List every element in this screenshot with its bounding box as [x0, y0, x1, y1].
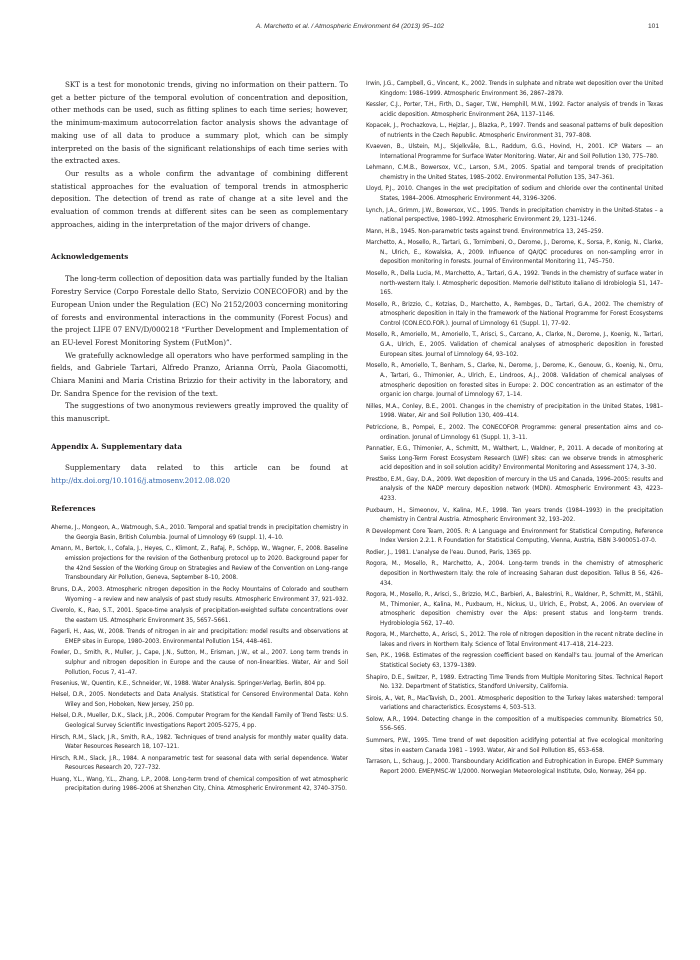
acknowledgements-paragraph: The suggestions of two anonymous reviewe… — [51, 400, 348, 425]
reference-item: Mosello, R., Amoriello, M., Amoriello, T… — [366, 331, 663, 360]
reference-item: Bruns, D.A., 2003. Atmospheric nitrogen … — [51, 586, 348, 605]
reference-item: Rogora, M., Marchetto, A., Arisci, S., 2… — [366, 631, 663, 650]
reference-item: Sirois, A., Vet, R., MacTavish, D., 2001… — [366, 695, 663, 714]
supplementary-data-link[interactable]: http://dx.doi.org/10.1016/j.atmosenv.201… — [51, 476, 230, 485]
reference-item: Mann, H.B., 1945. Non-parametric tests a… — [366, 228, 663, 238]
reference-item: Hirsch, R.M., Slack, J.R., Smith, R.A., … — [51, 734, 348, 753]
reference-item: Mosello, R., Brizzio, C., Kotzias, D., M… — [366, 301, 663, 330]
reference-item: Aherne, J., Mongeon, A., Watmough, S.A.,… — [51, 524, 348, 543]
body-paragraph: SKT is a test for monotonic trends, givi… — [51, 79, 348, 168]
appendix-text: Supplementary data related to this artic… — [65, 463, 348, 472]
reference-item: Rogora, M., Mosello, R., Marchetto, A., … — [366, 560, 663, 589]
reference-item: Lloyd, P.J., 2010. Changes in the wet pr… — [366, 185, 663, 204]
reference-item: Shapiro, D.E., Switzer, P., 1989. Extrac… — [366, 674, 663, 693]
reference-item: Summers, P.W., 1995. Time trend of wet d… — [366, 737, 663, 756]
reference-item: Sen, P.K., 1968. Estimates of the regres… — [366, 652, 663, 671]
reference-item: Hirsch, R.M., Slack, J.R., 1984. A nonpa… — [51, 755, 348, 774]
reference-item: R Development Core Team, 2005. R: A Lang… — [366, 528, 663, 547]
appendix-paragraph: Supplementary data related to this artic… — [51, 462, 348, 487]
references-list-left: Aherne, J., Mongeon, A., Watmough, S.A.,… — [51, 524, 348, 795]
reference-item: Fagerli, H., Aas, W., 2008. Trends of ni… — [51, 628, 348, 647]
left-column: SKT is a test for monotonic trends, givi… — [51, 79, 348, 797]
journal-citation: A. Marchetto et al. / Atmospheric Enviro… — [0, 23, 700, 30]
right-column: Irwin, J.G., Campbell, G., Vincent, K., … — [366, 80, 663, 779]
reference-item: Fresenius, W., Quentin, K.E., Schneider,… — [51, 680, 348, 690]
reference-item: Mosello, R., Della Lucia, M., Marchetto,… — [366, 270, 663, 299]
reference-item: Kvaeven, B., Ulstein, M.J., Skjelkvåle, … — [366, 143, 663, 162]
references-list-right: Irwin, J.G., Campbell, G., Vincent, K., … — [366, 80, 663, 777]
reference-item: Lehmann, C.M.B., Bowersox, V.C., Larson,… — [366, 164, 663, 183]
reference-item: Solow, A.R., 1994. Detecting change in t… — [366, 716, 663, 735]
reference-item: Pannatier, E.G., Thimonier, A., Schmitt,… — [366, 445, 663, 474]
reference-item: Helsel, D.R., Mueller, D.K., Slack, J.R.… — [51, 712, 348, 731]
reference-item: Mosello, R., Amoriello, T., Benham, S., … — [366, 362, 663, 401]
reference-item: Puxbaum, H., Simeonov, V., Kalina, M.F.,… — [366, 507, 663, 526]
body-paragraph: Our results as a whole confirm the advan… — [51, 168, 348, 232]
reference-item: Lynch, J.A., Grimm, J.W., Bowersox, V.C.… — [366, 207, 663, 226]
references-heading: References — [51, 504, 348, 513]
reference-item: Marchetto, A., Mosello, R., Tartari, G.,… — [366, 239, 663, 268]
acknowledgements-paragraph: We gratefully acknowledge all operators … — [51, 350, 348, 401]
reference-item: Helsel, D.R., 2005. Nondetects and Data … — [51, 691, 348, 710]
reference-item: Rodier, J., 1981. L'analyse de l'eau. Du… — [366, 549, 663, 559]
reference-item: Irwin, J.G., Campbell, G., Vincent, K., … — [366, 80, 663, 99]
appendix-heading: Appendix A. Supplementary data — [51, 442, 348, 451]
reference-item: Kessler, C.J., Porter, T.H., Firth, D., … — [366, 101, 663, 120]
page-number: 101 — [648, 23, 659, 30]
running-header: A. Marchetto et al. / Atmospheric Enviro… — [0, 23, 700, 35]
reference-item: Huang, Y.L., Wang, Y.L., Zhang, L.P., 20… — [51, 776, 348, 795]
reference-item: Tarrason, L., Schaug, J., 2000. Transbou… — [366, 758, 663, 777]
reference-item: Prestbo, E.M., Gay, D.A., 2009. Wet depo… — [366, 476, 663, 505]
reference-item: Kopacek, J., Prochazkova, L., Hejzlar, J… — [366, 122, 663, 141]
acknowledgements-paragraph: The long-term collection of deposition d… — [51, 273, 348, 349]
reference-item: Nilles, M.A., Conley, B.E., 2001. Change… — [366, 403, 663, 422]
reference-item: Petriccione, B., Pompei, E., 2002. The C… — [366, 424, 663, 443]
reference-item: Amann, M., Bertok, I., Cofala, J., Heyes… — [51, 545, 348, 584]
reference-item: Rogora, M., Mosello, R., Arisci, S., Bri… — [366, 591, 663, 630]
reference-item: Fowler, D., Smith, R., Muller, J., Cape,… — [51, 649, 348, 678]
reference-item: Civerolo, K., Rao, S.T., 2001. Space-tim… — [51, 607, 348, 626]
acknowledgements-heading: Acknowledgements — [51, 252, 348, 261]
